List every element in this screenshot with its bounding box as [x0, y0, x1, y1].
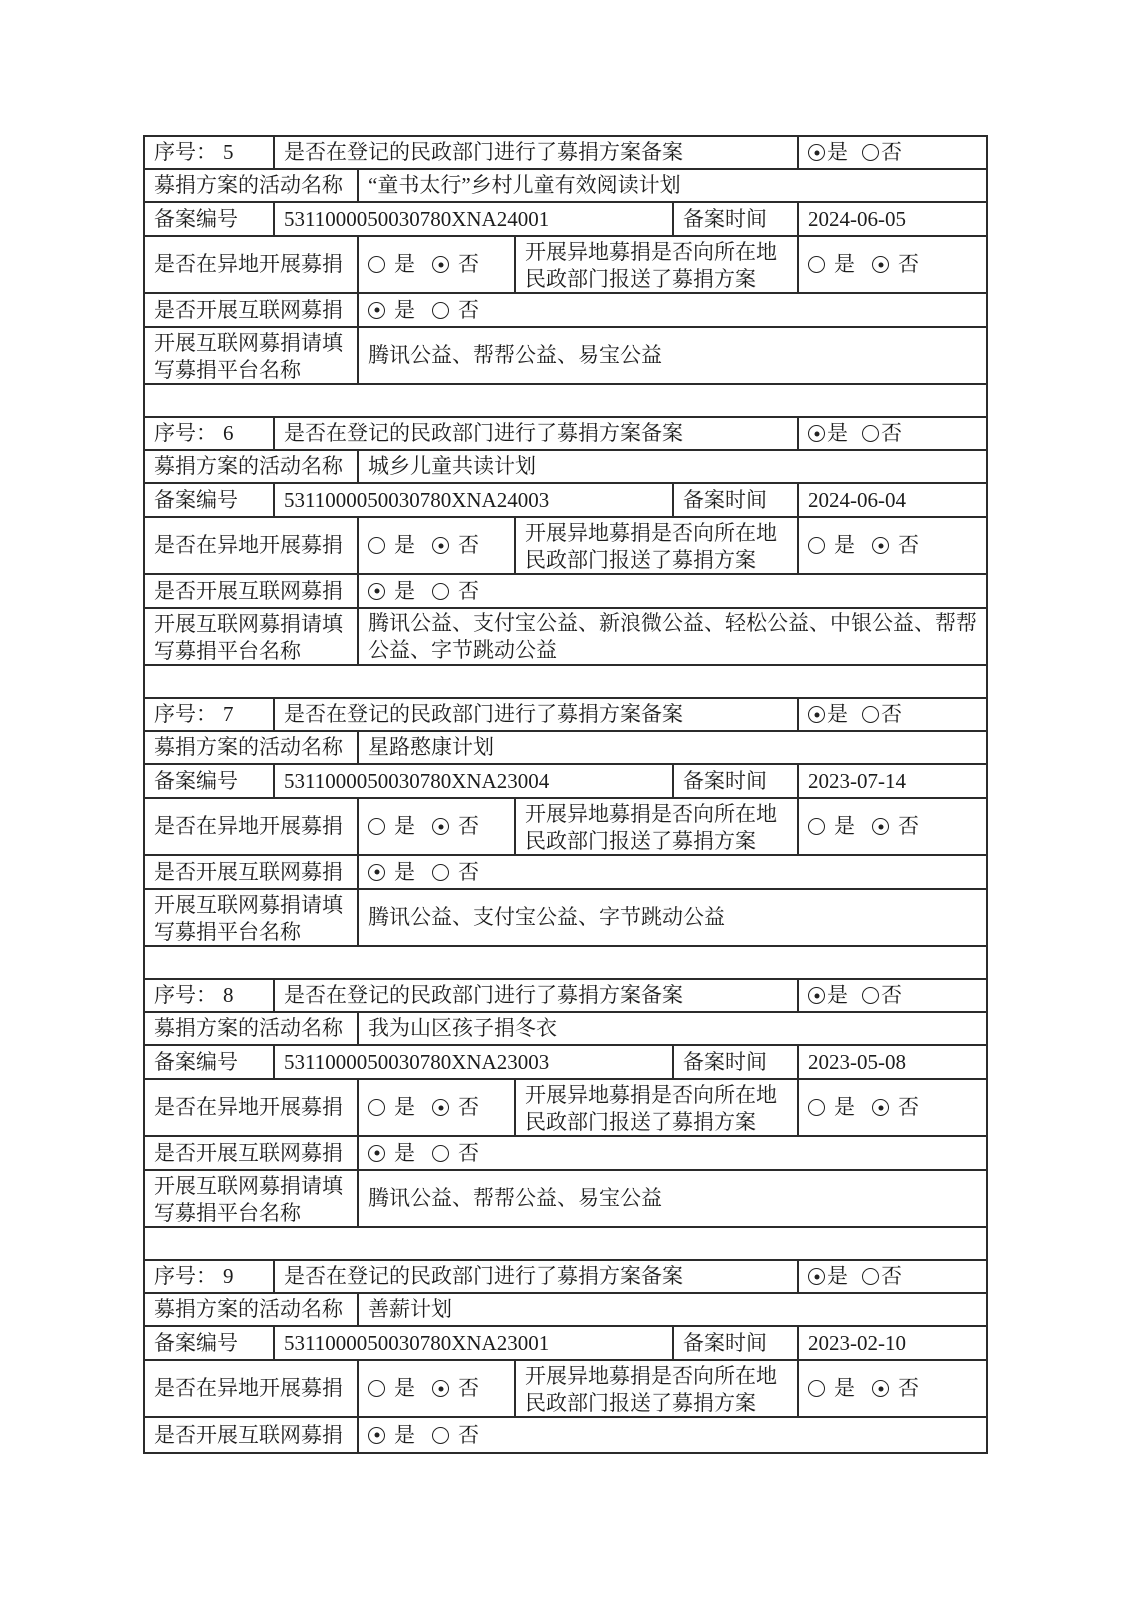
activity-name-label: 募捐方案的活动名称 [145, 732, 359, 763]
registered-question-label: 是否在登记的民政部门进行了募捐方案备案 [275, 980, 799, 1011]
registered-yes-radio-icon [808, 425, 825, 442]
registered-yes-radio-icon [808, 706, 825, 723]
offsite-report-question-label: 开展异地募捐是否向所在地民政部门报送了募捐方案 [516, 237, 799, 292]
platform-row: 开展互联网募捐请填写募捐平台名称 腾讯公益、支付宝公益、字节跳动公益 [145, 890, 986, 947]
internet-answer: 是 否 [359, 856, 986, 888]
activity-row: 募捐方案的活动名称 我为山区孩子捐冬衣 [145, 1013, 986, 1046]
registered-no-radio-icon [862, 706, 879, 723]
no-label: 否 [458, 532, 479, 559]
activity-name-value: 城乡儿童共读计划 [359, 451, 986, 482]
record-block-5: 序号：5 是否在登记的民政部门进行了募捐方案备案 是 否 募捐方案的活动名称 “… [145, 137, 986, 418]
yes-label: 是 [834, 1375, 855, 1402]
registered-answer: 是 否 [799, 1261, 986, 1292]
seq-value: 9 [223, 1263, 234, 1290]
platform-value: 腾讯公益、支付宝公益、新浪微公益、轻松公益、中银公益、帮帮公益、字节跳动公益 [359, 609, 986, 664]
yes-label: 是 [394, 1422, 415, 1449]
block-spacer [145, 666, 986, 699]
registered-question-label: 是否在登记的民政部门进行了募捐方案备案 [275, 1261, 799, 1292]
offsite-report-question-label: 开展异地募捐是否向所在地民政部门报送了募捐方案 [516, 518, 799, 573]
registered-question-label: 是否在登记的民政部门进行了募捐方案备案 [275, 418, 799, 449]
seq-cell: 序号：5 [145, 137, 275, 168]
internet-question-label: 是否开展互联网募捐 [145, 294, 359, 326]
seq-label: 序号： [154, 982, 217, 1009]
activity-row: 募捐方案的活动名称 城乡儿童共读计划 [145, 451, 986, 484]
yes-label: 是 [827, 420, 848, 447]
seq-row: 序号：9 是否在登记的民政部门进行了募捐方案备案 是 否 [145, 1261, 986, 1294]
record-no-value: 5311000050030780XNA24003 [275, 484, 674, 516]
seq-label: 序号： [154, 139, 217, 166]
yes-label: 是 [827, 139, 848, 166]
no-label: 否 [898, 1094, 919, 1121]
offsite-answer: 是 否 [359, 237, 516, 292]
record-no-row: 备案编号 5311000050030780XNA23001 备案时间 2023-… [145, 1327, 986, 1361]
internet-yes-radio-icon [368, 302, 385, 319]
report-yes-radio-icon [808, 1099, 825, 1116]
offsite-row: 是否在异地开展募捐 是 否 开展异地募捐是否向所在地民政部门报送了募捐方案 是 … [145, 518, 986, 575]
activity-row: 募捐方案的活动名称 “童书太行”乡村儿童有效阅读计划 [145, 170, 986, 203]
no-label: 否 [881, 982, 902, 1009]
internet-row: 是否开展互联网募捐 是 否 [145, 294, 986, 328]
internet-question-label: 是否开展互联网募捐 [145, 1137, 359, 1169]
offsite-report-question-label: 开展异地募捐是否向所在地民政部门报送了募捐方案 [516, 1361, 799, 1416]
offsite-row: 是否在异地开展募捐 是 否 开展异地募捐是否向所在地民政部门报送了募捐方案 是 … [145, 1080, 986, 1137]
report-no-radio-icon [872, 256, 889, 273]
block-spacer [145, 1228, 986, 1261]
internet-no-radio-icon [432, 1427, 449, 1444]
registered-answer: 是 否 [799, 980, 986, 1011]
yes-label: 是 [394, 251, 415, 278]
offsite-no-radio-icon [432, 1380, 449, 1397]
report-no-radio-icon [872, 1380, 889, 1397]
no-label: 否 [898, 813, 919, 840]
offsite-answer: 是 否 [359, 1361, 516, 1416]
seq-cell: 序号：6 [145, 418, 275, 449]
offsite-no-radio-icon [432, 256, 449, 273]
registered-no-radio-icon [862, 425, 879, 442]
yes-label: 是 [834, 251, 855, 278]
no-label: 否 [458, 1422, 479, 1449]
platform-value: 腾讯公益、帮帮公益、易宝公益 [359, 328, 986, 383]
internet-no-radio-icon [432, 302, 449, 319]
yes-label: 是 [394, 532, 415, 559]
record-date-value: 2024-06-05 [799, 203, 986, 235]
internet-answer: 是 否 [359, 1418, 986, 1452]
record-date-value: 2024-06-04 [799, 484, 986, 516]
internet-answer: 是 否 [359, 1137, 986, 1169]
yes-label: 是 [834, 532, 855, 559]
fundraising-records-table: 序号：5 是否在登记的民政部门进行了募捐方案备案 是 否 募捐方案的活动名称 “… [143, 135, 988, 1454]
no-label: 否 [458, 1375, 479, 1402]
offsite-no-radio-icon [432, 537, 449, 554]
registered-yes-radio-icon [808, 1268, 825, 1285]
offsite-no-radio-icon [432, 1099, 449, 1116]
record-no-row: 备案编号 5311000050030780XNA24003 备案时间 2024-… [145, 484, 986, 518]
record-no-label: 备案编号 [145, 1046, 275, 1078]
report-no-radio-icon [872, 1099, 889, 1116]
offsite-question-label: 是否在异地开展募捐 [145, 518, 359, 573]
seq-label: 序号： [154, 1263, 217, 1290]
record-block-7: 序号：7 是否在登记的民政部门进行了募捐方案备案 是 否 募捐方案的活动名称 星… [145, 699, 986, 980]
internet-yes-radio-icon [368, 864, 385, 881]
yes-label: 是 [394, 1375, 415, 1402]
internet-answer: 是 否 [359, 294, 986, 326]
no-label: 否 [458, 1140, 479, 1167]
no-label: 否 [898, 532, 919, 559]
offsite-yes-radio-icon [368, 1380, 385, 1397]
activity-name-label: 募捐方案的活动名称 [145, 451, 359, 482]
offsite-question-label: 是否在异地开展募捐 [145, 1080, 359, 1135]
internet-row: 是否开展互联网募捐 是 否 [145, 856, 986, 890]
record-block-8: 序号：8 是否在登记的民政部门进行了募捐方案备案 是 否 募捐方案的活动名称 我… [145, 980, 986, 1261]
internet-question-label: 是否开展互联网募捐 [145, 856, 359, 888]
internet-question-label: 是否开展互联网募捐 [145, 575, 359, 607]
yes-label: 是 [834, 813, 855, 840]
record-date-label: 备案时间 [674, 1327, 799, 1359]
seq-cell: 序号：8 [145, 980, 275, 1011]
record-no-row: 备案编号 5311000050030780XNA23004 备案时间 2023-… [145, 765, 986, 799]
report-yes-radio-icon [808, 256, 825, 273]
offsite-no-radio-icon [432, 818, 449, 835]
offsite-question-label: 是否在异地开展募捐 [145, 237, 359, 292]
offsite-answer: 是 否 [359, 1080, 516, 1135]
offsite-yes-radio-icon [368, 537, 385, 554]
offsite-yes-radio-icon [368, 1099, 385, 1116]
record-date-value: 2023-05-08 [799, 1046, 986, 1078]
block-spacer [145, 947, 986, 980]
activity-row: 募捐方案的活动名称 善薪计划 [145, 1294, 986, 1327]
platform-row: 开展互联网募捐请填写募捐平台名称 腾讯公益、帮帮公益、易宝公益 [145, 328, 986, 385]
platform-row: 开展互联网募捐请填写募捐平台名称 腾讯公益、支付宝公益、新浪微公益、轻松公益、中… [145, 609, 986, 666]
record-block-6: 序号：6 是否在登记的民政部门进行了募捐方案备案 是 否 募捐方案的活动名称 城… [145, 418, 986, 699]
seq-value: 5 [223, 139, 234, 166]
offsite-report-answer: 是 否 [799, 1361, 986, 1416]
record-no-row: 备案编号 5311000050030780XNA23003 备案时间 2023-… [145, 1046, 986, 1080]
platform-question-label: 开展互联网募捐请填写募捐平台名称 [145, 890, 359, 945]
platform-value: 腾讯公益、帮帮公益、易宝公益 [359, 1171, 986, 1226]
platform-question-label: 开展互联网募捐请填写募捐平台名称 [145, 609, 359, 664]
no-label: 否 [458, 859, 479, 886]
report-yes-radio-icon [808, 818, 825, 835]
offsite-row: 是否在异地开展募捐 是 否 开展异地募捐是否向所在地民政部门报送了募捐方案 是 … [145, 237, 986, 294]
yes-label: 是 [827, 1263, 848, 1290]
offsite-yes-radio-icon [368, 256, 385, 273]
registered-no-radio-icon [862, 1268, 879, 1285]
report-no-radio-icon [872, 537, 889, 554]
report-yes-radio-icon [808, 537, 825, 554]
offsite-row: 是否在异地开展募捐 是 否 开展异地募捐是否向所在地民政部门报送了募捐方案 是 … [145, 1361, 986, 1418]
yes-label: 是 [834, 1094, 855, 1121]
seq-row: 序号：5 是否在登记的民政部门进行了募捐方案备案 是 否 [145, 137, 986, 170]
internet-answer: 是 否 [359, 575, 986, 607]
report-no-radio-icon [872, 818, 889, 835]
registered-no-radio-icon [862, 987, 879, 1004]
no-label: 否 [898, 251, 919, 278]
internet-yes-radio-icon [368, 1427, 385, 1444]
platform-value: 腾讯公益、支付宝公益、字节跳动公益 [359, 890, 986, 945]
seq-label: 序号： [154, 420, 217, 447]
record-no-row: 备案编号 5311000050030780XNA24001 备案时间 2024-… [145, 203, 986, 237]
seq-cell: 序号：9 [145, 1261, 275, 1292]
offsite-report-answer: 是 否 [799, 1080, 986, 1135]
record-no-label: 备案编号 [145, 765, 275, 797]
internet-row: 是否开展互联网募捐 是 否 [145, 1137, 986, 1171]
registered-answer: 是 否 [799, 699, 986, 730]
no-label: 否 [898, 1375, 919, 1402]
internet-no-radio-icon [432, 1145, 449, 1162]
report-yes-radio-icon [808, 1380, 825, 1397]
activity-name-value: 星路憨康计划 [359, 732, 986, 763]
no-label: 否 [458, 251, 479, 278]
seq-label: 序号： [154, 701, 217, 728]
activity-name-label: 募捐方案的活动名称 [145, 170, 359, 201]
internet-row: 是否开展互联网募捐 是 否 [145, 575, 986, 609]
internet-row: 是否开展互联网募捐 是 否 [145, 1418, 986, 1452]
block-spacer [145, 385, 986, 418]
seq-row: 序号：7 是否在登记的民政部门进行了募捐方案备案 是 否 [145, 699, 986, 732]
activity-name-label: 募捐方案的活动名称 [145, 1294, 359, 1325]
record-no-label: 备案编号 [145, 1327, 275, 1359]
seq-value: 8 [223, 982, 234, 1009]
internet-question-label: 是否开展互联网募捐 [145, 1418, 359, 1452]
yes-label: 是 [394, 1140, 415, 1167]
offsite-report-question-label: 开展异地募捐是否向所在地民政部门报送了募捐方案 [516, 1080, 799, 1135]
yes-label: 是 [394, 1094, 415, 1121]
internet-no-radio-icon [432, 864, 449, 881]
activity-name-value: “童书太行”乡村儿童有效阅读计划 [359, 170, 986, 201]
yes-label: 是 [394, 297, 415, 324]
no-label: 否 [881, 420, 902, 447]
seq-value: 7 [223, 701, 234, 728]
registered-yes-radio-icon [808, 987, 825, 1004]
yes-label: 是 [827, 701, 848, 728]
activity-name-value: 善薪计划 [359, 1294, 986, 1325]
offsite-yes-radio-icon [368, 818, 385, 835]
internet-no-radio-icon [432, 583, 449, 600]
no-label: 否 [458, 578, 479, 605]
yes-label: 是 [394, 578, 415, 605]
record-date-label: 备案时间 [674, 1046, 799, 1078]
no-label: 否 [458, 1094, 479, 1121]
no-label: 否 [458, 813, 479, 840]
yes-label: 是 [394, 813, 415, 840]
no-label: 否 [881, 701, 902, 728]
record-date-value: 2023-07-14 [799, 765, 986, 797]
offsite-answer: 是 否 [359, 799, 516, 854]
offsite-question-label: 是否在异地开展募捐 [145, 799, 359, 854]
no-label: 否 [881, 139, 902, 166]
offsite-report-answer: 是 否 [799, 799, 986, 854]
platform-row: 开展互联网募捐请填写募捐平台名称 腾讯公益、帮帮公益、易宝公益 [145, 1171, 986, 1228]
activity-name-value: 我为山区孩子捐冬衣 [359, 1013, 986, 1044]
no-label: 否 [881, 1263, 902, 1290]
record-no-label: 备案编号 [145, 484, 275, 516]
record-no-value: 5311000050030780XNA23004 [275, 765, 674, 797]
yes-label: 是 [827, 982, 848, 1009]
no-label: 否 [458, 297, 479, 324]
seq-row: 序号：8 是否在登记的民政部门进行了募捐方案备案 是 否 [145, 980, 986, 1013]
record-date-label: 备案时间 [674, 484, 799, 516]
offsite-answer: 是 否 [359, 518, 516, 573]
record-date-label: 备案时间 [674, 203, 799, 235]
record-date-value: 2023-02-10 [799, 1327, 986, 1359]
offsite-report-answer: 是 否 [799, 518, 986, 573]
activity-name-label: 募捐方案的活动名称 [145, 1013, 359, 1044]
record-no-value: 5311000050030780XNA23001 [275, 1327, 674, 1359]
registered-answer: 是 否 [799, 137, 986, 168]
record-date-label: 备案时间 [674, 765, 799, 797]
offsite-question-label: 是否在异地开展募捐 [145, 1361, 359, 1416]
record-no-label: 备案编号 [145, 203, 275, 235]
record-block-9: 序号：9 是否在登记的民政部门进行了募捐方案备案 是 否 募捐方案的活动名称 善… [145, 1261, 986, 1452]
seq-value: 6 [223, 420, 234, 447]
platform-question-label: 开展互联网募捐请填写募捐平台名称 [145, 1171, 359, 1226]
registered-no-radio-icon [862, 144, 879, 161]
seq-row: 序号：6 是否在登记的民政部门进行了募捐方案备案 是 否 [145, 418, 986, 451]
internet-yes-radio-icon [368, 1145, 385, 1162]
internet-yes-radio-icon [368, 583, 385, 600]
offsite-row: 是否在异地开展募捐 是 否 开展异地募捐是否向所在地民政部门报送了募捐方案 是 … [145, 799, 986, 856]
offsite-report-answer: 是 否 [799, 237, 986, 292]
registered-answer: 是 否 [799, 418, 986, 449]
platform-question-label: 开展互联网募捐请填写募捐平台名称 [145, 328, 359, 383]
seq-cell: 序号：7 [145, 699, 275, 730]
registered-question-label: 是否在登记的民政部门进行了募捐方案备案 [275, 137, 799, 168]
yes-label: 是 [394, 859, 415, 886]
activity-row: 募捐方案的活动名称 星路憨康计划 [145, 732, 986, 765]
registered-yes-radio-icon [808, 144, 825, 161]
offsite-report-question-label: 开展异地募捐是否向所在地民政部门报送了募捐方案 [516, 799, 799, 854]
record-no-value: 5311000050030780XNA23003 [275, 1046, 674, 1078]
record-no-value: 5311000050030780XNA24001 [275, 203, 674, 235]
registered-question-label: 是否在登记的民政部门进行了募捐方案备案 [275, 699, 799, 730]
